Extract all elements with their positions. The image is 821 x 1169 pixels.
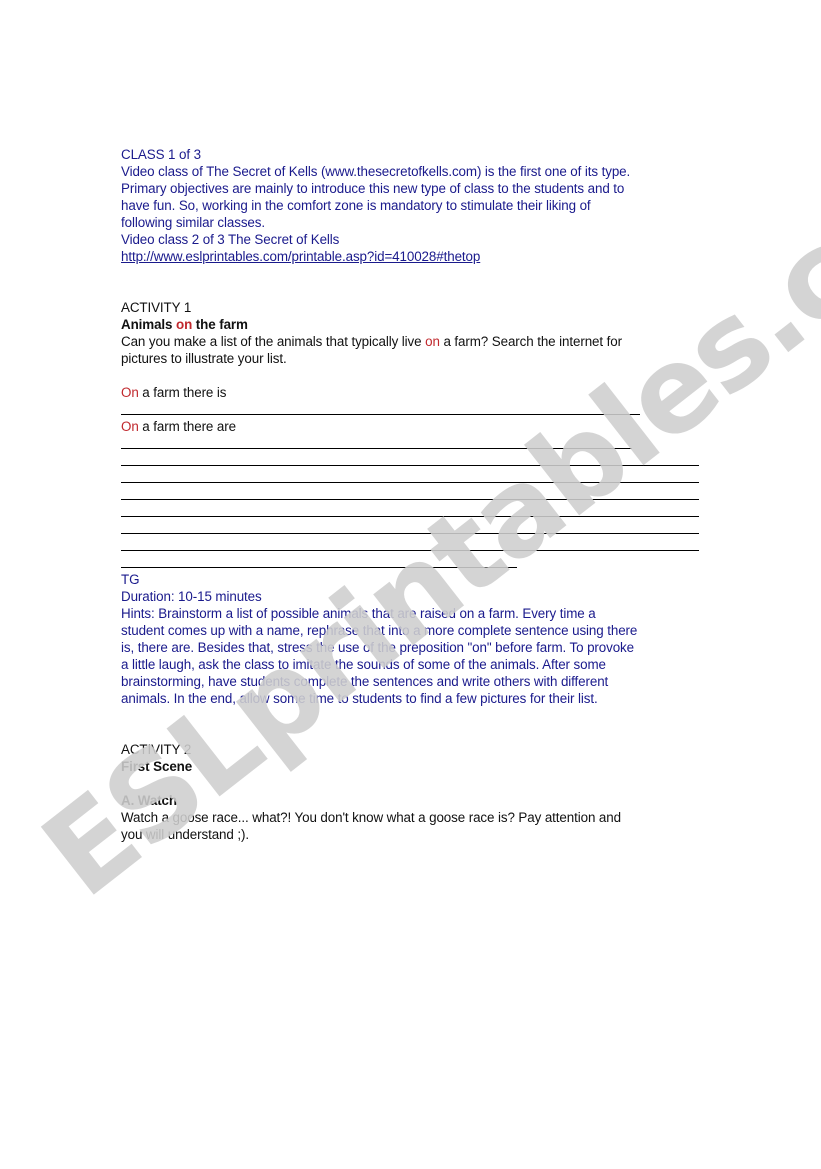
activity-2-label: ACTIVITY 2 xyxy=(121,741,706,758)
worksheet-page: CLASS 1 of 3 Video class of The Secret o… xyxy=(0,0,821,1169)
tg-hints-line: animals. In the end, allow some time to … xyxy=(121,690,706,707)
tg-hints-line: brainstorming, have students complete th… xyxy=(121,673,706,690)
question-highlight: on xyxy=(425,334,440,349)
question-text: Can you make a list of the animals that … xyxy=(121,334,425,349)
section-a-title: A. Watch xyxy=(121,792,706,809)
prompt-text: a farm there is xyxy=(139,385,227,400)
tg-hints-line: is, there are. Besides that, stress the … xyxy=(121,639,706,656)
title-text: the farm xyxy=(192,317,248,332)
tg-duration: Duration: 10-15 minutes xyxy=(121,588,706,605)
answer-line[interactable] xyxy=(121,452,706,469)
activity-1-question: Can you make a list of the animals that … xyxy=(121,333,706,350)
section-a-text: you will understand ;). xyxy=(121,826,706,843)
answer-line[interactable] xyxy=(121,486,706,503)
class-description-line: following similar classes. xyxy=(121,214,706,231)
activity-1-title: Animals on the farm xyxy=(121,316,706,333)
prompt-there-is: On a farm there is xyxy=(121,384,706,401)
question-text: a farm? Search the internet for xyxy=(440,334,622,349)
activity-1: ACTIVITY 1 Animals on the farm Can you m… xyxy=(121,299,706,707)
answer-line[interactable] xyxy=(121,401,706,418)
next-class-link[interactable]: http://www.eslprintables.com/printable.a… xyxy=(121,249,480,264)
activity-1-question-line-2: pictures to illustrate your list. xyxy=(121,350,706,367)
section-a-text: Watch a goose race... what?! You don't k… xyxy=(121,809,706,826)
tg-hints-line: a little laugh, ask the class to imitate… xyxy=(121,656,706,673)
prompt-highlight: On xyxy=(121,419,139,434)
class-title: CLASS 1 of 3 xyxy=(121,146,706,163)
activity-2: ACTIVITY 2 First Scene A. Watch Watch a … xyxy=(121,741,706,843)
answer-line[interactable] xyxy=(121,537,706,554)
answer-line[interactable] xyxy=(121,554,706,571)
title-highlight: on xyxy=(176,317,192,332)
tg-label: TG xyxy=(121,571,706,588)
answer-line[interactable] xyxy=(121,503,706,520)
answer-line[interactable] xyxy=(121,520,706,537)
teacher-guide: TG Duration: 10-15 minutes Hints: Brains… xyxy=(121,571,706,707)
worksheet-content: CLASS 1 of 3 Video class of The Secret o… xyxy=(121,146,706,843)
class-description-line: Primary objectives are mainly to introdu… xyxy=(121,180,706,197)
spacer xyxy=(121,265,706,299)
answer-line[interactable] xyxy=(121,469,706,486)
prompt-there-are: On a farm there are xyxy=(121,418,706,435)
spacer xyxy=(121,367,706,384)
title-text: Animals xyxy=(121,317,176,332)
prompt-text: a farm there are xyxy=(139,419,236,434)
activity-1-label: ACTIVITY 1 xyxy=(121,299,706,316)
tg-hints-line: Hints: Brainstorm a list of possible ani… xyxy=(121,605,706,622)
activity-2-title: First Scene xyxy=(121,758,706,775)
answer-line[interactable] xyxy=(121,435,706,452)
class-description-line: Video class of The Secret of Kells (www.… xyxy=(121,163,706,180)
class-header: CLASS 1 of 3 Video class of The Secret o… xyxy=(121,146,706,265)
tg-hints-line: student comes up with a name, rephrase t… xyxy=(121,622,706,639)
prompt-highlight: On xyxy=(121,385,139,400)
class-description-line: have fun. So, working in the comfort zon… xyxy=(121,197,706,214)
next-class-text: Video class 2 of 3 The Secret of Kells xyxy=(121,231,706,248)
spacer xyxy=(121,775,706,792)
spacer xyxy=(121,707,706,741)
